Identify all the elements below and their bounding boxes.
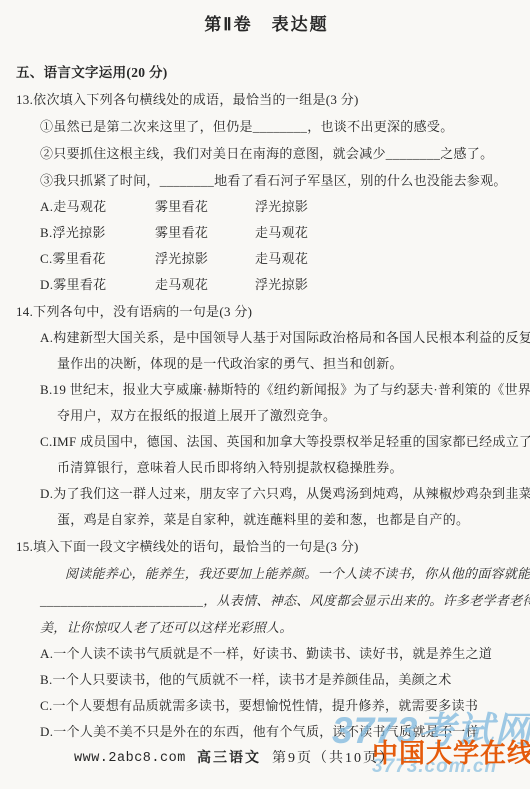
q14-option-c: C.IMF 成员国中，德国、法国、英国和加拿大等投票权举足轻重的国家都已经成立了…: [16, 429, 517, 481]
q13-option-a-word2: 雾里看花: [155, 194, 255, 220]
q13-option-a-label: A.: [40, 199, 53, 214]
q14-option-b-line2: 夺用户，双方在报纸的报道上展开了激烈竞争。: [57, 403, 517, 429]
footer-page-number: 第9页（共10页）: [272, 748, 395, 770]
q14-option-c-line2: 币清算银行，意味着人民币即将纳入特别提款权稳操胜券。: [57, 455, 517, 481]
q13-option-b-label: B.: [40, 225, 53, 240]
q13-sentence-2: ②只要抓住这根主线，我们对美日在南海的意图，就会减少________之感了。: [40, 140, 517, 167]
q13-option-a-col1: A.走马观花: [40, 194, 155, 220]
q14-option-c-line1: C.IMF 成员国中，德国、法国、英国和加拿大等投票权举足轻重的国家都已经成立了…: [40, 429, 517, 455]
q13-sentence-3: ③我只抓紧了时间，________地看了看石河子军垦区，别的什么也没能去参观。: [40, 167, 517, 194]
page-content: 第Ⅱ卷 表达题 五、语言文字运用(20 分) 13.依次填入下列各句横线处的成语…: [0, 0, 530, 745]
q15-stem: 15.填入下面一段文字横线处的语句，最恰当的一句是(3 分): [16, 533, 517, 560]
q13-option-d-word3: 浮光掠影: [255, 277, 308, 292]
q15-passage-line1: 阅读能养心，能养生，我还要加上能养颜。一个人读不读书，你从他的面容就能看出。: [65, 560, 517, 587]
q13-option-b-col1: B.浮光掠影: [40, 220, 155, 246]
q14-option-b: B.19 世纪末，报业大亨威廉·赫斯特的《纽约新闻报》为了与约瑟夫·普利策的《世…: [16, 377, 517, 429]
page-footer: www.2abc8.com 高三语文 第9页（共10页）: [0, 748, 530, 772]
question-13: 13.依次填入下列各句横线处的成语，最恰当的一组是(3 分) ①虽然已是第二次来…: [16, 86, 517, 298]
q14-option-a-line2: 量作出的决断，体现的是一代政治家的勇气、担当和创新。: [57, 351, 517, 377]
q14-option-b-line1: B.19 世纪末，报业大亨威廉·赫斯特的《纽约新闻报》为了与约瑟夫·普利策的《世…: [40, 377, 517, 403]
q13-option-b: B.浮光掠影雾里看花走马观花: [40, 220, 517, 246]
q13-option-c-col1: C.雾里看花: [40, 246, 155, 272]
q13-option-d-col1: D.雾里看花: [40, 272, 155, 298]
page-title: 第Ⅱ卷 表达题: [16, 12, 517, 38]
q14-option-a-line1: A.构建新型大国关系，是中国领导人基于对国际政治格局和各国人民根本利益的反复考: [40, 325, 517, 351]
q13-option-b-word1: 浮光掠影: [53, 225, 106, 240]
exam-page-scan: 第Ⅱ卷 表达题 五、语言文字运用(20 分) 13.依次填入下列各句横线处的成语…: [0, 0, 530, 789]
q14-option-d: D.为了我们这一群人过来，朋友宰了六只鸡，从煲鸡汤到炖鸡，从辣椒炒鸡杂到韭菜炒鸡…: [16, 481, 517, 533]
q13-option-c: C.雾里看花浮光掠影走马观花: [40, 246, 517, 272]
q13-option-c-label: C.: [40, 251, 53, 266]
q13-option-b-word3: 走马观花: [255, 225, 308, 240]
q15-option-b: B.一个人只要读书，他的气质就不一样，读书才是养颜佳品，美颜之术: [40, 667, 517, 693]
q13-option-d-word1: 雾里看花: [53, 277, 106, 292]
q13-option-c-word1: 雾里看花: [53, 251, 106, 266]
question-14: 14.下列各句中，没有语病的一句是(3 分) A.构建新型大国关系，是中国领导人…: [16, 298, 517, 533]
q13-option-d-word2: 走马观花: [155, 272, 255, 298]
q14-stem: 14.下列各句中，没有语病的一句是(3 分): [16, 298, 517, 325]
q13-option-c-word3: 走马观花: [255, 251, 308, 266]
q13-stem: 13.依次填入下列各句横线处的成语，最恰当的一组是(3 分): [16, 86, 517, 113]
q14-option-d-line1: D.为了我们这一群人过来，朋友宰了六只鸡，从煲鸡汤到炖鸡，从辣椒炒鸡杂到韭菜炒鸡: [40, 481, 517, 507]
q15-passage-line3: 美，让你惊叹人老了还可以这样光彩照人。: [40, 614, 517, 641]
q13-sentence-1: ①虽然已是第二次来这里了，但仍是________，也谈不出更深的感受。: [40, 113, 517, 140]
footer-site-url: www.2abc8.com: [74, 748, 186, 770]
q14-option-d-line2: 蛋，鸡是自家养，菜是自家种，就连蘸料里的姜和葱，也都是自产的。: [57, 507, 517, 533]
q15-passage-line2: ________________________，从表情、神态、风度都会显示出来…: [40, 587, 517, 614]
q14-option-a: A.构建新型大国关系，是中国领导人基于对国际政治格局和各国人民根本利益的反复考 …: [16, 325, 517, 377]
q15-option-a: A.一个人读不读书气质就是不一样，好读书、勤读书、读好书，就是养生之道: [40, 641, 517, 667]
section-heading: 五、语言文字运用(20 分): [16, 59, 517, 86]
q13-option-d: D.雾里看花走马观花浮光掠影: [40, 272, 517, 298]
q13-option-a: A.走马观花雾里看花浮光掠影: [40, 194, 517, 220]
q13-option-a-word3: 浮光掠影: [255, 199, 308, 214]
q13-option-c-word2: 浮光掠影: [155, 246, 255, 272]
footer-doc-title: 高三语文: [197, 748, 261, 770]
q13-option-b-word2: 雾里看花: [155, 220, 255, 246]
q13-option-d-label: D.: [40, 277, 53, 292]
q13-option-a-word1: 走马观花: [53, 199, 106, 214]
